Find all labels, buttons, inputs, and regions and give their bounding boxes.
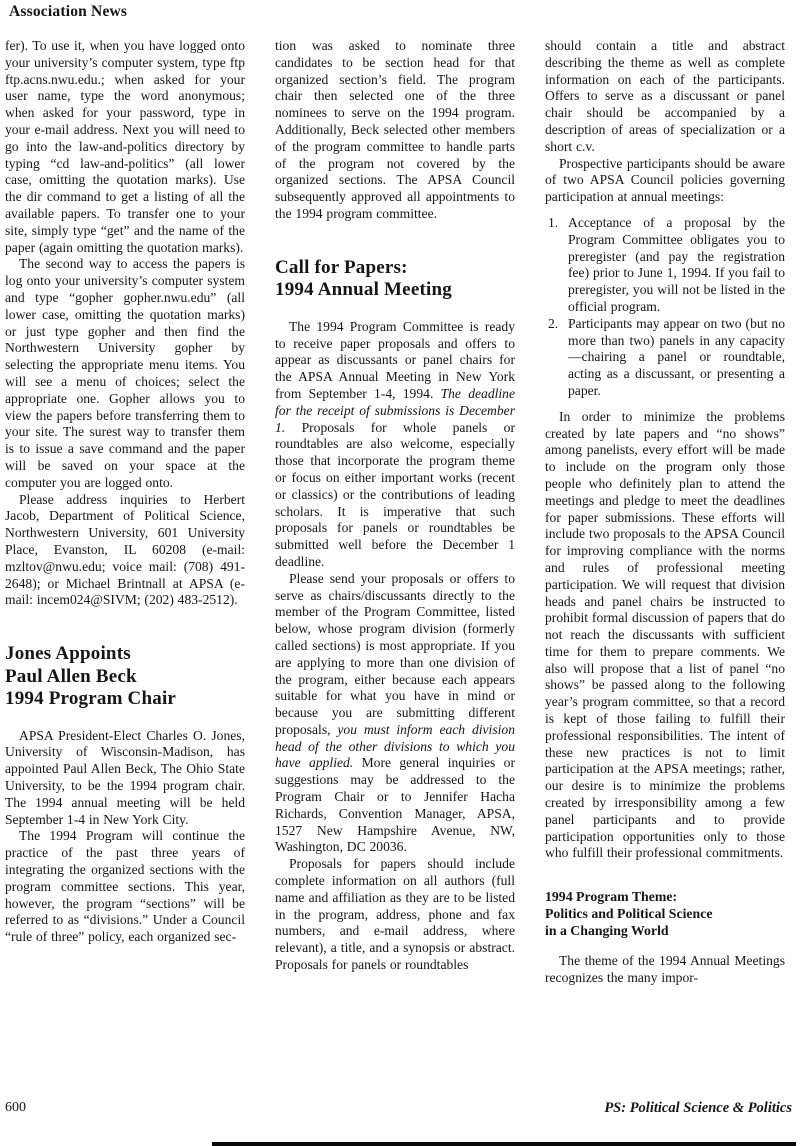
text-run: The 1994 Program will continue the pract…: [5, 828, 245, 944]
text-run: Proposals for papers should include comp…: [275, 856, 515, 972]
body-paragraph: tion was asked to nominate three candida…: [275, 38, 515, 223]
text-run: Acceptance of a proposal by the Program …: [568, 215, 785, 314]
column-2: tion was asked to nominate three candida…: [275, 38, 515, 987]
text-run: APSA President-Elect Charles O. Jones, U…: [5, 728, 245, 827]
body-paragraph: In order to minimize the problems create…: [545, 409, 785, 863]
page-header-section-title: Association News: [9, 3, 127, 21]
text-run: should contain a title and abstract desc…: [545, 38, 785, 154]
page-number: 600: [5, 1100, 26, 1117]
text-run: Participants may appear on two (but no m…: [568, 316, 785, 398]
body-paragraph: Proposals for papers should include comp…: [275, 856, 515, 974]
numbered-list: 1.Acceptance of a proposal by the Progra…: [545, 215, 785, 400]
body-paragraph: Please send your proposals or offers to …: [275, 571, 515, 857]
text-run: Proposals for whole panels or roundtable…: [275, 420, 515, 569]
list-item-number: 2.: [548, 316, 558, 333]
body-paragraph: The 1994 Program will continue the pract…: [5, 828, 245, 946]
column-1: fer). To use it, when you have logged on…: [5, 38, 245, 987]
list-item-number: 1.: [548, 215, 558, 232]
body-paragraph: should contain a title and abstract desc…: [545, 38, 785, 156]
body-paragraph: fer). To use it, when you have logged on…: [5, 38, 245, 256]
numbered-list-item: 2.Participants may appear on two (but no…: [545, 316, 785, 400]
body-paragraph: The theme of the 1994 Annual Meetings re…: [545, 953, 785, 987]
body-paragraph: The 1994 Program Committee is ready to r…: [275, 319, 515, 571]
article-heading: Call for Papers:1994 Annual Meeting: [275, 257, 515, 302]
text-run: Please send your proposals or offers to …: [275, 571, 515, 737]
text-run: Please address inquiries to Herbert Jaco…: [5, 492, 245, 608]
text-run: fer). To use it, when you have logged on…: [5, 38, 245, 255]
column-3: should contain a title and abstract desc…: [545, 38, 785, 987]
journal-title: PS: Political Science & Politics: [604, 1100, 792, 1117]
body-paragraph: Please address inquiries to Herbert Jaco…: [5, 492, 245, 610]
body-paragraph: APSA President-Elect Charles O. Jones, U…: [5, 728, 245, 829]
page-footer: 600 PS: Political Science & Politics: [0, 1100, 800, 1117]
text-run: The second way to access the papers is l…: [5, 256, 245, 489]
text-run: Prospective participants should be aware…: [545, 156, 785, 205]
bottom-scan-rule: [212, 1142, 796, 1146]
article-heading: Jones AppointsPaul Allen Beck1994 Progra…: [5, 643, 245, 711]
text-columns: fer). To use it, when you have logged on…: [5, 38, 785, 987]
text-run: In order to minimize the problems create…: [545, 409, 785, 861]
body-paragraph: The second way to access the papers is l…: [5, 256, 245, 491]
journal-page: Association News fer). To use it, when y…: [0, 0, 800, 1146]
numbered-list-item: 1.Acceptance of a proposal by the Progra…: [545, 215, 785, 316]
text-run: The theme of the 1994 Annual Meetings re…: [545, 953, 785, 985]
text-run: tion was asked to nominate three candida…: [275, 38, 515, 221]
article-subheading: 1994 Program Theme:Politics and Politica…: [545, 888, 785, 939]
body-paragraph: Prospective participants should be aware…: [545, 156, 785, 206]
